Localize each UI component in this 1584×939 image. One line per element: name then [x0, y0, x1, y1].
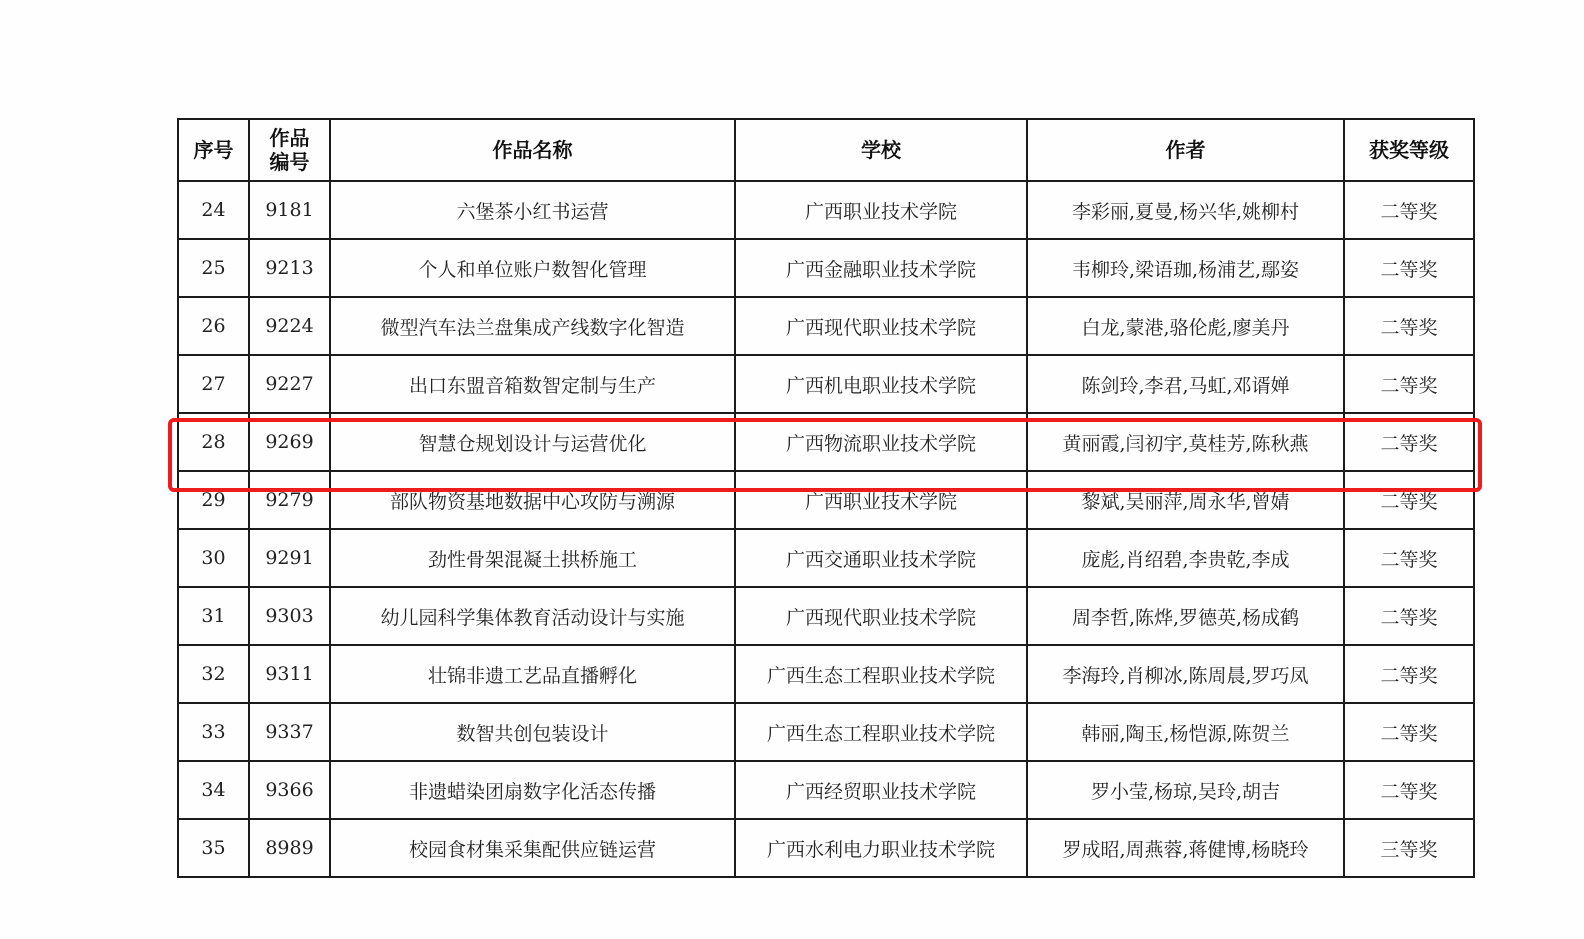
cell-title: 出口东盟音箱数智定制与生产: [330, 355, 735, 413]
cell-seq: 34: [178, 761, 249, 819]
cell-award: 二等奖: [1344, 703, 1474, 761]
table-row-highlighted: 28 9269 智慧仓规划设计与运营优化 广西物流职业技术学院 黄丽霞,闫初宇,…: [178, 413, 1474, 471]
table-header-row: 序号 作品 编号 作品名称 学校 作者 获奖等级: [178, 119, 1474, 181]
cell-code: 9337: [249, 703, 330, 761]
cell-award: 二等奖: [1344, 413, 1474, 471]
cell-title: 智慧仓规划设计与运营优化: [330, 413, 735, 471]
awards-table: 序号 作品 编号 作品名称 学校 作者 获奖等级 24 9181 六堡茶小红书运…: [177, 118, 1475, 878]
cell-title: 六堡茶小红书运营: [330, 181, 735, 239]
cell-title: 非遗蜡染团扇数字化活态传播: [330, 761, 735, 819]
cell-seq: 35: [178, 819, 249, 877]
cell-title: 部队物资基地数据中心攻防与溯源: [330, 471, 735, 529]
header-authors: 作者: [1027, 119, 1344, 181]
table-row: 34 9366 非遗蜡染团扇数字化活态传播 广西经贸职业技术学院 罗小莹,杨琼,…: [178, 761, 1474, 819]
cell-code: 9279: [249, 471, 330, 529]
table-row: 25 9213 个人和单位账户数智化管理 广西金融职业技术学院 韦柳玲,梁语珈,…: [178, 239, 1474, 297]
cell-code: 9269: [249, 413, 330, 471]
cell-seq: 24: [178, 181, 249, 239]
cell-award: 二等奖: [1344, 181, 1474, 239]
cell-code: 9291: [249, 529, 330, 587]
cell-school: 广西现代职业技术学院: [735, 297, 1027, 355]
cell-award: 二等奖: [1344, 239, 1474, 297]
cell-code: 9311: [249, 645, 330, 703]
header-code: 作品 编号: [249, 119, 330, 181]
table-row: 30 9291 劲性骨架混凝土拱桥施工 广西交通职业技术学院 庞彪,肖绍碧,李贵…: [178, 529, 1474, 587]
table-row: 35 8989 校园食材集采集配供应链运营 广西水利电力职业技术学院 罗成昭,周…: [178, 819, 1474, 877]
cell-award: 二等奖: [1344, 587, 1474, 645]
cell-seq: 25: [178, 239, 249, 297]
cell-school: 广西交通职业技术学院: [735, 529, 1027, 587]
table-row: 33 9337 数智共创包装设计 广西生态工程职业技术学院 韩丽,陶玉,杨恺源,…: [178, 703, 1474, 761]
cell-authors: 李彩丽,夏曼,杨兴华,姚柳村: [1027, 181, 1344, 239]
cell-code: 9366: [249, 761, 330, 819]
cell-seq: 28: [178, 413, 249, 471]
table-row: 32 9311 壮锦非遗工艺品直播孵化 广西生态工程职业技术学院 李海玲,肖柳冰…: [178, 645, 1474, 703]
cell-authors: 周李哲,陈烨,罗德英,杨成鹤: [1027, 587, 1344, 645]
table-row: 31 9303 幼儿园科学集体教育活动设计与实施 广西现代职业技术学院 周李哲,…: [178, 587, 1474, 645]
cell-seq: 26: [178, 297, 249, 355]
cell-authors: 庞彪,肖绍碧,李贵乾,李成: [1027, 529, 1344, 587]
cell-school: 广西机电职业技术学院: [735, 355, 1027, 413]
cell-authors: 韩丽,陶玉,杨恺源,陈贺兰: [1027, 703, 1344, 761]
cell-authors: 白龙,蒙港,骆伦彪,廖美丹: [1027, 297, 1344, 355]
cell-code: 9181: [249, 181, 330, 239]
cell-school: 广西物流职业技术学院: [735, 413, 1027, 471]
cell-seq: 27: [178, 355, 249, 413]
header-seq: 序号: [178, 119, 249, 181]
cell-seq: 33: [178, 703, 249, 761]
cell-code: 9224: [249, 297, 330, 355]
header-code-line1: 作品: [250, 126, 329, 150]
cell-code: 9303: [249, 587, 330, 645]
cell-school: 广西生态工程职业技术学院: [735, 703, 1027, 761]
header-code-line2: 编号: [250, 150, 329, 174]
cell-school: 广西生态工程职业技术学院: [735, 645, 1027, 703]
cell-authors: 黎斌,吴丽萍,周永华,曾婧: [1027, 471, 1344, 529]
cell-school: 广西现代职业技术学院: [735, 587, 1027, 645]
cell-award: 二等奖: [1344, 761, 1474, 819]
header-title: 作品名称: [330, 119, 735, 181]
cell-school: 广西水利电力职业技术学院: [735, 819, 1027, 877]
cell-award: 二等奖: [1344, 529, 1474, 587]
cell-authors: 陈剑玲,李君,马虹,邓谞婵: [1027, 355, 1344, 413]
cell-school: 广西职业技术学院: [735, 181, 1027, 239]
cell-school: 广西金融职业技术学院: [735, 239, 1027, 297]
cell-authors: 罗成昭,周燕蓉,蒋健博,杨晓玲: [1027, 819, 1344, 877]
cell-code: 9213: [249, 239, 330, 297]
cell-authors: 韦柳玲,梁语珈,杨浦艺,鄢姿: [1027, 239, 1344, 297]
cell-authors: 罗小莹,杨琼,吴玲,胡吉: [1027, 761, 1344, 819]
cell-code: 8989: [249, 819, 330, 877]
cell-school: 广西职业技术学院: [735, 471, 1027, 529]
cell-award: 二等奖: [1344, 471, 1474, 529]
cell-title: 校园食材集采集配供应链运营: [330, 819, 735, 877]
cell-seq: 31: [178, 587, 249, 645]
cell-authors: 李海玲,肖柳冰,陈周晨,罗巧凤: [1027, 645, 1344, 703]
header-award: 获奖等级: [1344, 119, 1474, 181]
table-row: 27 9227 出口东盟音箱数智定制与生产 广西机电职业技术学院 陈剑玲,李君,…: [178, 355, 1474, 413]
cell-title: 幼儿园科学集体教育活动设计与实施: [330, 587, 735, 645]
cell-title: 壮锦非遗工艺品直播孵化: [330, 645, 735, 703]
cell-authors: 黄丽霞,闫初宇,莫桂芳,陈秋燕: [1027, 413, 1344, 471]
cell-award: 三等奖: [1344, 819, 1474, 877]
table-row: 26 9224 微型汽车法兰盘集成产线数字化智造 广西现代职业技术学院 白龙,蒙…: [178, 297, 1474, 355]
cell-title: 微型汽车法兰盘集成产线数字化智造: [330, 297, 735, 355]
cell-code: 9227: [249, 355, 330, 413]
table-row: 29 9279 部队物资基地数据中心攻防与溯源 广西职业技术学院 黎斌,吴丽萍,…: [178, 471, 1474, 529]
table-row: 24 9181 六堡茶小红书运营 广西职业技术学院 李彩丽,夏曼,杨兴华,姚柳村…: [178, 181, 1474, 239]
cell-award: 二等奖: [1344, 355, 1474, 413]
cell-seq: 32: [178, 645, 249, 703]
cell-title: 个人和单位账户数智化管理: [330, 239, 735, 297]
header-school: 学校: [735, 119, 1027, 181]
cell-title: 劲性骨架混凝土拱桥施工: [330, 529, 735, 587]
cell-school: 广西经贸职业技术学院: [735, 761, 1027, 819]
cell-award: 二等奖: [1344, 297, 1474, 355]
cell-award: 二等奖: [1344, 645, 1474, 703]
document-page: 序号 作品 编号 作品名称 学校 作者 获奖等级 24 9181 六堡茶小红书运…: [0, 0, 1584, 939]
cell-title: 数智共创包装设计: [330, 703, 735, 761]
cell-seq: 29: [178, 471, 249, 529]
cell-seq: 30: [178, 529, 249, 587]
